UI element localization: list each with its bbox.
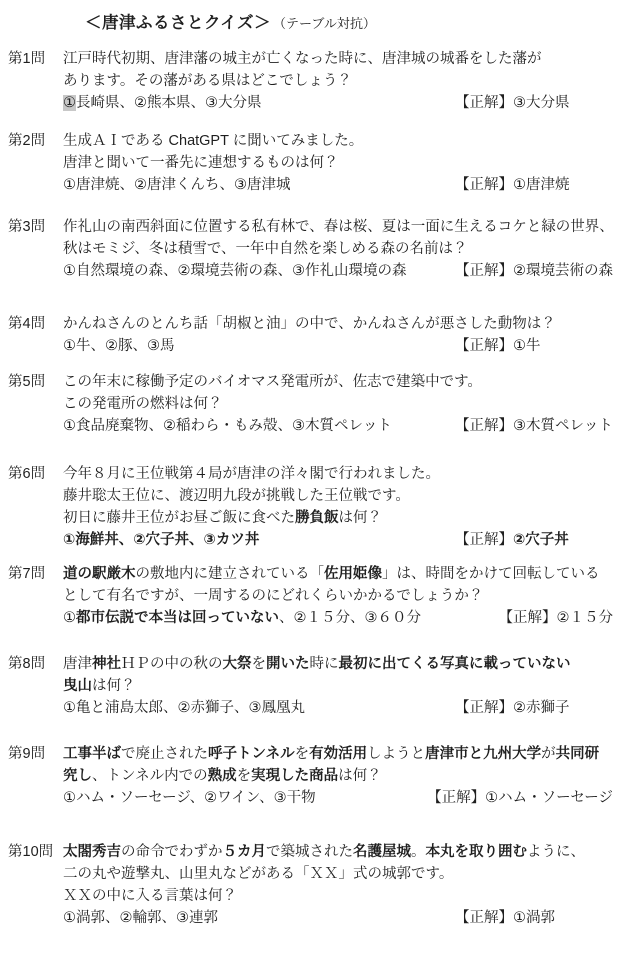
- text-segment: 工事半ば: [63, 746, 121, 762]
- question-number: 第4問: [8, 313, 60, 335]
- text-segment: 太閤秀吉: [63, 844, 121, 860]
- text-segment: 【正解】③大分県: [455, 95, 570, 111]
- text-segment: 名護屋城: [353, 844, 411, 860]
- text-segment: ①: [63, 610, 76, 626]
- text-segment: ①自然環境の森、②環境芸術の森、③作礼山環境の森: [63, 263, 407, 279]
- options-text: ①渦郭、②輪郭、③連郭: [63, 907, 218, 929]
- text-segment: ①亀と浦島太郎、②赤獅子、③鳳凰丸: [63, 700, 305, 716]
- question-number: 第3問: [8, 216, 60, 238]
- question-text-line: 唐津と聞いて一番先に連想するものは何？: [63, 152, 613, 174]
- question-content: この年末に稼働予定のバイオマス発電所が、佐志で建築中です。この発電所の燃料は何？…: [63, 371, 613, 437]
- text-segment: 【正解】②環境芸術の森: [455, 263, 613, 279]
- text-segment: 熟成: [208, 768, 237, 784]
- text-segment: ５カ月: [223, 844, 267, 860]
- text-segment: の命令でわずか: [121, 844, 223, 860]
- text-segment: 【正解】①ハム・ソーセージ: [427, 790, 613, 806]
- question-text-line: 今年８月に王位戦第４局が唐津の洋々閣で行われました。: [63, 463, 613, 485]
- text-segment: 【正解】②赤獅子: [455, 700, 570, 716]
- question-content: 太閤秀吉の命令でわずか５カ月で築城された名護屋城。本丸を取り囲むように、二の丸や…: [63, 841, 613, 929]
- answer-text: 【正解】①牛: [455, 335, 541, 357]
- text-segment: 唐津と聞いて一番先に連想するものは何？: [63, 155, 339, 171]
- text-segment: ①食品廃棄物、②稲わら・もみ殻、③木質ペレット: [63, 418, 392, 434]
- options-line: ①自然環境の森、②環境芸術の森、③作礼山環境の森【正解】②環境芸術の森: [63, 260, 613, 282]
- options-line: ①食品廃棄物、②稲わら・もみ殻、③木質ペレット【正解】③木質ペレット: [63, 415, 613, 437]
- question-text-line: 太閤秀吉の命令でわずか５カ月で築城された名護屋城。本丸を取り囲むように、: [63, 841, 613, 863]
- text-segment: 初日に藤井王位がお昼ご飯に食べた: [63, 510, 295, 526]
- question-content: 唐津神社ＨＰの中の秋の大祭を開いた時に最初に出てくる写真に載っていない曳山は何？…: [63, 653, 613, 719]
- text-segment: ①牛、②豚、③馬: [63, 338, 175, 354]
- question-number: 第1問: [8, 48, 60, 70]
- question-text-line: 道の駅厳木の敷地内に建立されている「佐用姫像」は、時間をかけて回転している: [63, 563, 613, 585]
- options-text: ①ハム・ソーセージ、②ワイン、③干物: [63, 787, 316, 809]
- text-segment: 江戸時代初期、唐津藩の城主が亡くなった時に、唐津城の城番をした藩が: [63, 51, 542, 67]
- text-segment: 」は、時間をかけて回転している: [382, 566, 600, 582]
- question-content: かんねさんのとんち話「胡椒と油」の中で、かんねさんが悪さした動物は？①牛、②豚、…: [63, 313, 613, 357]
- text-segment: ②穴子丼: [513, 532, 569, 548]
- answer-text: 【正解】③木質ペレット: [455, 415, 613, 437]
- text-segment: 【正解】②１５分: [499, 610, 614, 626]
- question-text-line: 作礼山の南西斜面に位置する私有林で、春は桜、夏は一面に生えるコケと緑の世界、: [63, 216, 613, 238]
- text-segment: 藤井聡太王位に、渡辺明九段が挑戦した王位戦です。: [63, 488, 410, 504]
- options-line: ①牛、②豚、③馬【正解】①牛: [63, 335, 613, 357]
- question-text-line: 唐津神社ＨＰの中の秋の大祭を開いた時に最初に出てくる写真に載っていない: [63, 653, 613, 675]
- text-segment: 商品: [309, 768, 338, 784]
- text-segment: ①海鮮丼、②穴子丼、③カツ丼: [63, 532, 259, 548]
- question-content: 江戸時代初期、唐津藩の城主が亡くなった時に、唐津城の城番をした藩があります。その…: [63, 48, 613, 114]
- text-segment: 秋はモミジ、冬は積雪で、一年中自然を楽しめる森の名前は？: [63, 241, 468, 257]
- answer-text: 【正解】①渦郭: [455, 907, 555, 929]
- options-text: ①亀と浦島太郎、②赤獅子、③鳳凰丸: [63, 697, 305, 719]
- text-segment: 【正解】③木質ペレット: [455, 418, 613, 434]
- options-line: ①長崎県、②熊本県、③大分県【正解】③大分県: [63, 92, 613, 114]
- answer-text: 【正解】②赤獅子: [455, 697, 570, 719]
- text-segment: あります。その藩がある県はどこでしょう？: [63, 73, 352, 89]
- question-text-line: 生成ＡＩである ChatGPT に聞いてみました。: [63, 130, 613, 152]
- text-segment: 究し: [63, 768, 92, 784]
- answer-text: 【正解】①唐津焼: [455, 174, 570, 196]
- question-text-line: として有名ですが、一周するのにどれくらいかかるでしょうか？: [63, 585, 613, 607]
- answer-text: 【正解】②環境芸術の森: [455, 260, 613, 282]
- question-text-line: 初日に藤井王位がお昼ご飯に食べた勝負飯は何？: [63, 507, 613, 529]
- answer-text: 【正解】①ハム・ソーセージ: [427, 787, 613, 809]
- text-segment: 都市伝説で本当は回っていない: [76, 610, 279, 626]
- question-text-line: 究し、トンネル内での熟成を実現した商品は何？: [63, 765, 613, 787]
- text-segment: 曳山: [63, 678, 92, 694]
- options-text: ①唐津焼、②唐津くんち、③唐津城: [63, 174, 291, 196]
- text-segment: ①ハム・ソーセージ、②ワイン、③干物: [63, 790, 316, 806]
- text-segment: 呼子トンネル: [208, 746, 295, 762]
- text-segment: 勝負飯: [295, 510, 339, 526]
- question-number: 第9問: [8, 743, 60, 765]
- answer-text: 【正解】③大分県: [455, 92, 570, 114]
- text-segment: 共同研: [556, 746, 600, 762]
- text-segment: 唐津: [63, 656, 92, 672]
- text-segment: を: [252, 656, 267, 672]
- text-segment: 写真に載っていない: [440, 656, 571, 672]
- options-text: ①長崎県、②熊本県、③大分県: [63, 92, 262, 114]
- options-line: ①都市伝説で本当は回っていない、②１５分、③６０分【正解】②１５分: [63, 607, 613, 629]
- text-segment: 実現した: [251, 768, 309, 784]
- options-text: ①海鮮丼、②穴子丼、③カツ丼: [63, 529, 259, 551]
- question-text-line: ＸＸの中に入る言葉は何？: [63, 885, 613, 907]
- question-content: 作礼山の南西斜面に位置する私有林で、春は桜、夏は一面に生えるコケと緑の世界、秋は…: [63, 216, 613, 282]
- text-segment: として有名ですが、一周するのにどれくらいかかるでしょうか？: [63, 588, 483, 604]
- text-segment: 。: [411, 844, 426, 860]
- quiz-document: { "document": { "background": "#ffffff",…: [0, 0, 623, 956]
- page-title: ＜唐津ふるさとクイズ＞（テーブル対抗）: [85, 9, 376, 33]
- text-segment: で築城された: [266, 844, 353, 860]
- text-segment: ①渦郭、②輪郭、③連郭: [63, 910, 218, 926]
- question-content: 道の駅厳木の敷地内に建立されている「佐用姫像」は、時間をかけて回転しているとして…: [63, 563, 613, 629]
- text-segment: 最初に出てくる: [339, 656, 441, 672]
- question-number: 第10問: [8, 841, 60, 863]
- text-segment: 今年８月に王位戦第４局が唐津の洋々閣で行われました。: [63, 466, 440, 482]
- options-line: ①海鮮丼、②穴子丼、③カツ丼【正解】②穴子丼: [63, 529, 613, 551]
- text-segment: 、②１５分、③６０分: [279, 610, 421, 626]
- question-text-line: 工事半ばで廃止された呼子トンネルを有効活用しようと唐津市と九州大学が共同研: [63, 743, 613, 765]
- question-text-line: 藤井聡太王位に、渡辺明九段が挑戦した王位戦です。: [63, 485, 613, 507]
- question-text-line: 江戸時代初期、唐津藩の城主が亡くなった時に、唐津城の城番をした藩が: [63, 48, 613, 70]
- text-segment: は何？: [339, 510, 383, 526]
- text-segment: 、トンネル内での: [92, 768, 208, 784]
- text-segment: 時に: [310, 656, 339, 672]
- text-segment: を: [237, 768, 252, 784]
- selected-option-marker: ①: [63, 95, 76, 111]
- quiz-title: ＜唐津ふるさとクイズ＞: [85, 14, 271, 32]
- question-number: 第2問: [8, 130, 60, 152]
- text-segment: ①唐津焼、②唐津くんち、③唐津城: [63, 177, 291, 193]
- options-text: ①牛、②豚、③馬: [63, 335, 175, 357]
- text-segment: 作礼山の南西斜面に位置する私有林で、春は桜、夏は一面に生えるコケと緑の世界、: [63, 219, 614, 235]
- options-text: ①都市伝説で本当は回っていない、②１５分、③６０分: [63, 607, 421, 629]
- question-content: 生成ＡＩである ChatGPT に聞いてみました。唐津と聞いて一番先に連想するも…: [63, 130, 613, 196]
- question-number: 第6問: [8, 463, 60, 485]
- text-segment: 二の丸や遊撃丸、山里丸などがある「ＸＸ」式の城郭です。: [63, 866, 453, 882]
- answer-text: 【正解】②穴子丼: [455, 529, 569, 551]
- text-segment: は何？: [92, 678, 136, 694]
- text-segment: を: [295, 746, 310, 762]
- options-text: ①食品廃棄物、②稲わら・もみ殻、③木質ペレット: [63, 415, 392, 437]
- options-line: ①渦郭、②輪郭、③連郭【正解】①渦郭: [63, 907, 613, 929]
- text-segment: 大祭: [223, 656, 252, 672]
- text-segment: 【正解】: [455, 532, 513, 548]
- options-line: ①亀と浦島太郎、②赤獅子、③鳳凰丸【正解】②赤獅子: [63, 697, 613, 719]
- text-segment: 有効活用: [309, 746, 367, 762]
- text-segment: 神社: [92, 656, 121, 672]
- question-number: 第5問: [8, 371, 60, 393]
- text-segment: 長崎県、②熊本県、③大分県: [76, 95, 262, 111]
- text-segment: ように、: [527, 844, 585, 860]
- text-segment: 【正解】①唐津焼: [455, 177, 570, 193]
- question-number: 第7問: [8, 563, 60, 585]
- quiz-subtitle: （テーブル対抗）: [273, 16, 376, 31]
- text-segment: 【正解】①渦郭: [455, 910, 555, 926]
- text-segment: しようと: [367, 746, 425, 762]
- text-segment: 佐用姫像: [324, 566, 382, 582]
- question-text-line: この年末に稼働予定のバイオマス発電所が、佐志で建築中です。: [63, 371, 613, 393]
- question-text-line: あります。その藩がある県はどこでしょう？: [63, 70, 613, 92]
- text-segment: この発電所の燃料は何？: [63, 396, 223, 412]
- question-content: 今年８月に王位戦第４局が唐津の洋々閣で行われました。藤井聡太王位に、渡辺明九段が…: [63, 463, 613, 551]
- text-segment: この年末に稼働予定のバイオマス発電所が、佐志で建築中です。: [63, 374, 482, 390]
- text-segment: の敷地内に建立されている「: [136, 566, 325, 582]
- question-text-line: かんねさんのとんち話「胡椒と油」の中で、かんねさんが悪さした動物は？: [63, 313, 613, 335]
- question-text-line: この発電所の燃料は何？: [63, 393, 613, 415]
- text-segment: 本丸を取り囲む: [426, 844, 528, 860]
- options-text: ①自然環境の森、②環境芸術の森、③作礼山環境の森: [63, 260, 407, 282]
- text-segment: ＨＰの中の秋の: [121, 656, 223, 672]
- options-line: ①唐津焼、②唐津くんち、③唐津城【正解】①唐津焼: [63, 174, 613, 196]
- text-segment: 唐津市と九州大学: [425, 746, 541, 762]
- question-number: 第8問: [8, 653, 60, 675]
- text-segment: 生成ＡＩである ChatGPT に聞いてみました。: [63, 133, 363, 149]
- text-segment: 道の駅厳木: [63, 566, 136, 582]
- text-segment: ＸＸの中に入る言葉は何？: [63, 888, 237, 904]
- options-line: ①ハム・ソーセージ、②ワイン、③干物【正解】①ハム・ソーセージ: [63, 787, 613, 809]
- text-segment: 【正解】①牛: [455, 338, 541, 354]
- text-segment: は何？: [338, 768, 382, 784]
- question-text-line: 二の丸や遊撃丸、山里丸などがある「ＸＸ」式の城郭です。: [63, 863, 613, 885]
- text-segment: で廃止された: [121, 746, 208, 762]
- text-segment: 開いた: [266, 656, 310, 672]
- text-segment: が: [541, 746, 556, 762]
- question-content: 工事半ばで廃止された呼子トンネルを有効活用しようと唐津市と九州大学が共同研究し、…: [63, 743, 613, 809]
- question-text-line: 秋はモミジ、冬は積雪で、一年中自然を楽しめる森の名前は？: [63, 238, 613, 260]
- answer-text: 【正解】②１５分: [499, 607, 614, 629]
- text-segment: かんねさんのとんち話「胡椒と油」の中で、かんねさんが悪さした動物は？: [63, 316, 556, 332]
- question-text-line: 曳山は何？: [63, 675, 613, 697]
